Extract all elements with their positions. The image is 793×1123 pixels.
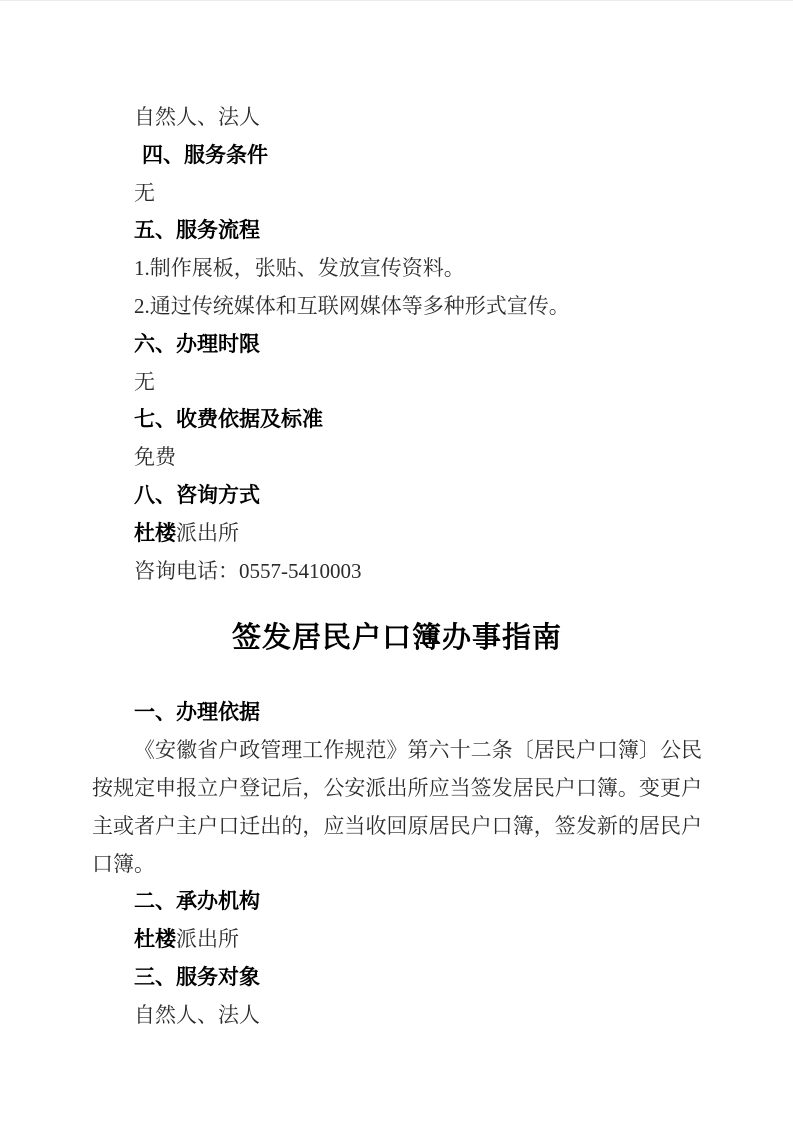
time-limit-value: 无 [92,364,702,402]
consultation-office-line: 杜楼派出所 [92,515,702,553]
section-heading-fees: 七、收费依据及标准 [92,401,702,439]
section-heading-service-conditions: 四、服务条件 [92,137,702,175]
service-target-value: 自然人、法人 [92,99,702,137]
undertaking-agency-line: 杜楼派出所 [92,921,702,959]
undertaking-agency-name-bold: 杜楼 [134,928,176,951]
handling-basis-paragraph: 《安徽省户政管理工作规范》第六十二条〔居民户口簿〕公民按规定申报立户登记后，公安… [92,732,702,883]
document-page: 自然人、法人 四、服务条件 无 五、服务流程 1.制作展板，张贴、发放宣传资料。… [0,0,793,1123]
consultation-office-name-bold: 杜楼 [134,522,176,545]
document-content: 自然人、法人 四、服务条件 无 五、服务流程 1.制作展板，张贴、发放宣传资料。… [92,99,702,1035]
guide-title: 签发居民户口簿办事指南 [92,608,702,668]
consultation-phone-line: 咨询电话：0557-5410003 [92,553,702,591]
section-heading-consultation: 八、咨询方式 [92,477,702,515]
fees-value: 免费 [92,439,702,477]
service-conditions-value: 无 [92,175,702,213]
undertaking-agency-name-rest: 派出所 [176,927,239,951]
section-heading-time-limit: 六、办理时限 [92,326,702,364]
section-heading-service-target: 三、服务对象 [92,959,702,997]
service-process-item-2: 2.通过传统媒体和互联网媒体等多种形式宣传。 [92,288,702,326]
service-process-item-1: 1.制作展板，张贴、发放宣传资料。 [92,250,702,288]
section-heading-undertaking-agency: 二、承办机构 [92,883,702,921]
section-heading-service-process: 五、服务流程 [92,212,702,250]
section-heading-handling-basis: 一、办理依据 [92,694,702,732]
consultation-office-name-rest: 派出所 [176,521,239,545]
service-target-value-2: 自然人、法人 [92,997,702,1035]
